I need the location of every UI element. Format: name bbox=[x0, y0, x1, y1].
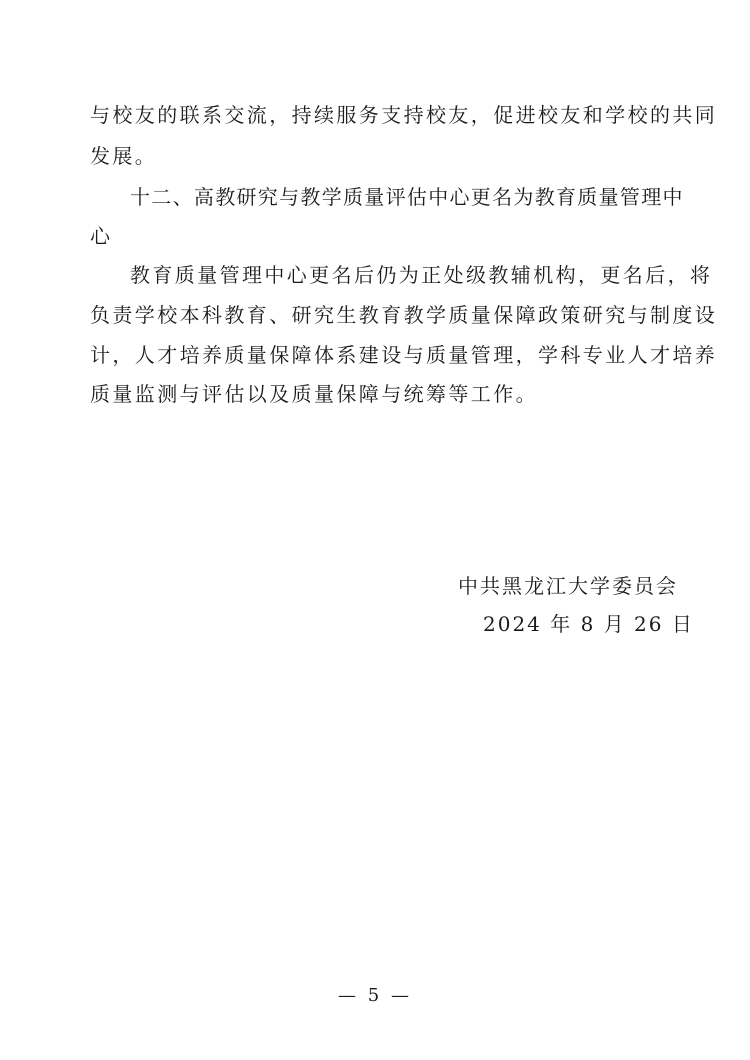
paragraph-line: 与校友的联系交流，持续服务支持校友，促进校友和学校的共同 bbox=[90, 102, 670, 128]
page-number: — 5 — bbox=[0, 985, 750, 1006]
paragraph-line: 计，人才培养质量保障体系建设与质量管理，学科专业人才培养 bbox=[90, 342, 670, 368]
paragraph-line: 质量监测与评估以及质量保障与统筹等工作。 bbox=[90, 381, 670, 407]
paragraph-line: 发展。 bbox=[90, 143, 670, 169]
paragraph-line: 负责学校本科教育、研究生教育教学质量保障政策研究与制度设 bbox=[90, 302, 670, 328]
signature-organization: 中共黑龙江大学委员会 bbox=[458, 573, 678, 599]
paragraph-line: 教育质量管理中心更名后仍为正处级教辅机构，更名后，将 bbox=[130, 262, 670, 288]
section-heading: 十二、高教研究与教学质量评估中心更名为教育质量管理中 bbox=[130, 184, 670, 210]
document-page: 与校友的联系交流，持续服务支持校友，促进校友和学校的共同 发展。 十二、高教研究… bbox=[0, 0, 750, 1060]
section-heading: 心 bbox=[90, 223, 670, 249]
signature-date: 2024 年 8 月 26 日 bbox=[483, 611, 694, 637]
